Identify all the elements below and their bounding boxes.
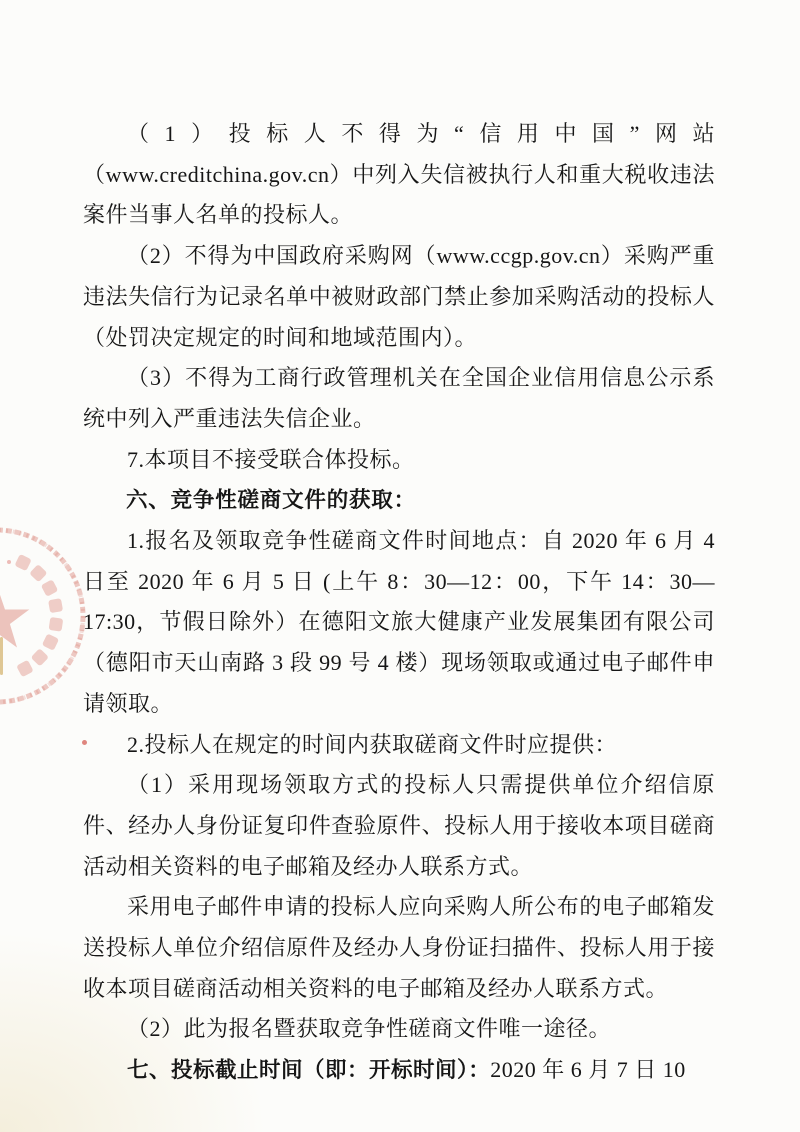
- paragraph: （2）此为报名暨获取竞争性磋商文件唯一途径。: [83, 1009, 715, 1050]
- paragraph: （1）投标人不得为“信用中国”网站（www.creditchina.gov.cn…: [83, 114, 715, 236]
- paragraph: 采用电子邮件申请的投标人应向采购人所公布的电子邮箱发送投标人单位介绍信原件及经办…: [83, 887, 715, 1009]
- paragraph: （3）不得为工商行政管理机关在全国企业信用信息公示系统中列入严重违法失信企业。: [83, 358, 715, 439]
- red-ink-speck: [7, 560, 11, 564]
- paragraph: 1.报名及领取竞争性磋商文件时间地点：自 2020 年 6 月 4 日至 202…: [83, 521, 715, 725]
- section-heading-with-value: 七、投标截止时间（即：开标时间）：2020 年 6 月 7 日 10: [83, 1050, 715, 1091]
- seal-arc-text: [14, 554, 63, 677]
- paragraph: 2.投标人在规定的时间内获取磋商文件时应提供：: [83, 725, 715, 766]
- heading-label: 七、投标截止时间（即：开标时间）：: [127, 1058, 490, 1082]
- paragraph: （2）不得为中国政府采购网（www.ccgp.gov.cn）采购严重违法失信行为…: [83, 236, 715, 358]
- paragraph: （1）采用现场领取方式的投标人只需提供单位介绍信原件、经办人身份证复印件查验原件…: [83, 765, 715, 887]
- scan-edge-artifact: [0, 637, 3, 675]
- section-heading: 六、竞争性磋商文件的获取：: [83, 480, 715, 521]
- heading-value: 2020 年 6 月 7 日 10: [490, 1057, 686, 1082]
- paragraph: 7.本项目不接受联合体投标。: [83, 440, 715, 481]
- document-page: （1）投标人不得为“信用中国”网站（www.creditchina.gov.cn…: [0, 0, 800, 1132]
- seal-star-icon: [0, 586, 29, 648]
- document-body: （1）投标人不得为“信用中国”网站（www.creditchina.gov.cn…: [83, 114, 715, 1091]
